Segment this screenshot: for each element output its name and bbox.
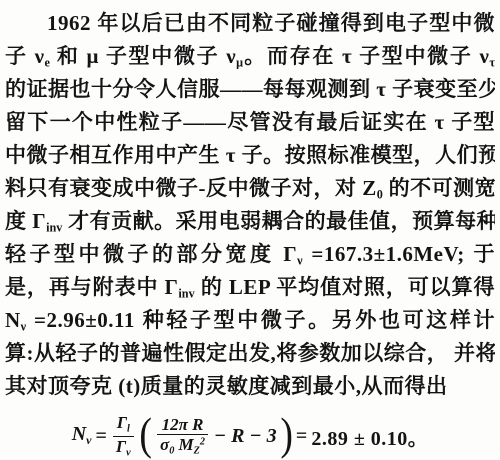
open-parenthesis: ( <box>139 411 152 460</box>
text-line: 轻子型中微子的部分宽度 Γν =167.3±1.6MeV; 于 <box>5 238 495 271</box>
equation-inner-tail: − R − 3 <box>214 425 277 448</box>
text-line: 料只有衰变成中微子-反中微子对，对 Z0 的不可测宽 <box>5 172 495 205</box>
equals-sign: = <box>296 425 307 448</box>
equals-sign: = <box>95 425 106 448</box>
text-line: 其对顶夸克 (t)质量的灵敏度减到最小,从而得出 <box>5 370 495 403</box>
scanned-page: 1962 年以后已由不同粒子碰撞得到电子型中微 子 νe 和 μ 子型中微子 ν… <box>0 0 500 460</box>
text-line: 度 Γinv 才有贡献。采用电弱耦合的最佳值，预算每种 <box>5 205 495 238</box>
text-line: Nν =2.96±0.11 种轻子型中微子。另外也可这样计 <box>5 304 495 337</box>
text-line: 是，再与附表中 Γinv 的 LEP 平均值对照，可以算得 <box>5 271 495 304</box>
text-line: 中微子相互作用中产生 τ 子。按照标准模型，人们预 <box>5 139 495 172</box>
close-parenthesis: ) <box>280 411 293 460</box>
fraction-cross-section: 12π R σ0 MZ2 <box>157 415 208 458</box>
equation-lhs: Nν <box>72 423 92 448</box>
text-line: 算:从轻子的普遍性假定出发,将参数加以综合， 并将 <box>5 337 495 370</box>
equation: Nν = Γl Γν ( 12π R σ0 MZ2 − R − 3 ) = 2.… <box>5 409 495 460</box>
fraction-denominator: Γν <box>113 436 134 459</box>
paragraph: 1962 年以后已由不同粒子碰撞得到电子型中微 子 νe 和 μ 子型中微子 ν… <box>5 7 495 403</box>
fraction-numerator: 12π R <box>159 415 207 435</box>
text-line: 留下一个中性粒子——尽管没有最后证实在 τ 子型 <box>5 106 495 139</box>
fraction-gamma: Γl Γν <box>113 413 134 459</box>
text-line: 1962 年以后已由不同粒子碰撞得到电子型中微 <box>5 7 495 40</box>
fraction-denominator: σ0 MZ2 <box>157 434 208 457</box>
text-line: 子 νe 和 μ 子型中微子 νμ。而存在 τ 子型中微子 ντ <box>5 40 495 73</box>
fraction-numerator: Γl <box>114 413 133 435</box>
equation-result: 2.89 ± 0.10。 <box>311 422 428 451</box>
text-line: 的证据也十分令人信服——每每观测到 τ 子衰变至少 <box>5 73 495 106</box>
